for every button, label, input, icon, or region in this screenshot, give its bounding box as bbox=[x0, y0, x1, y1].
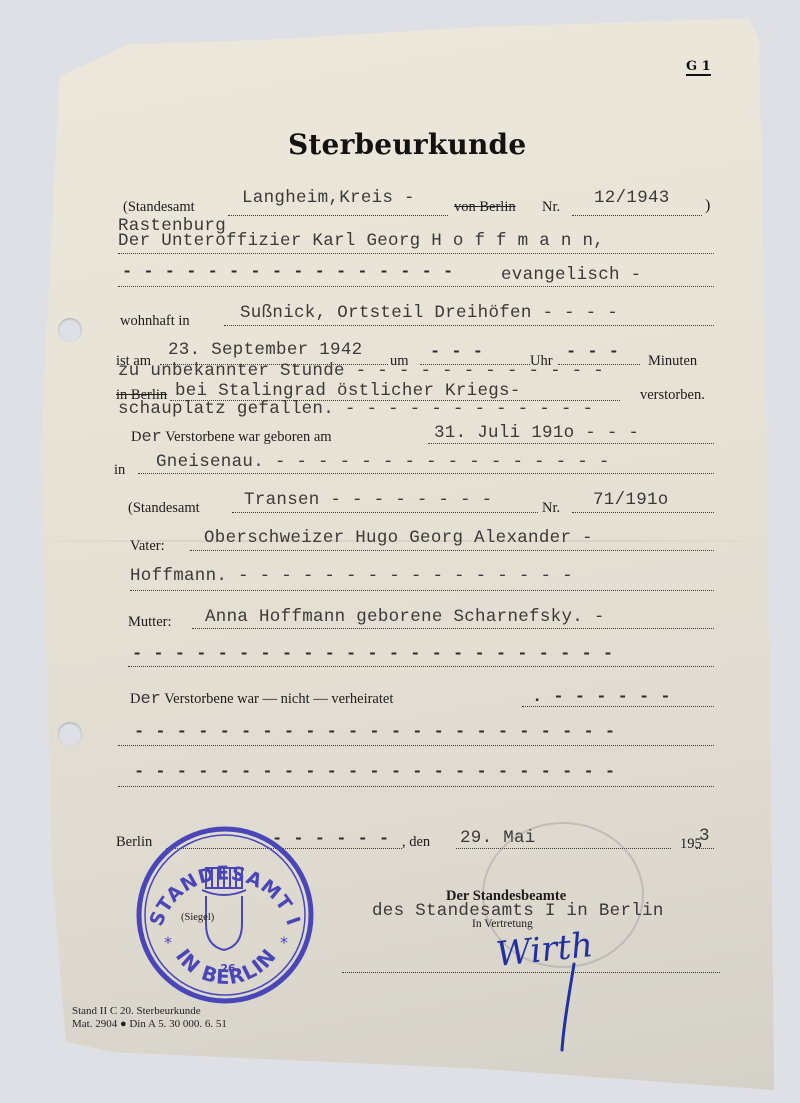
registry-value: Langheim,Kreis - bbox=[242, 188, 415, 208]
footer-line2: Mat. 2904 ● Din A 5. 30 000. 6. 51 bbox=[72, 1018, 227, 1030]
marital-line2: - - - - - - - - - - - - - - - - - - - - … bbox=[134, 723, 616, 742]
minuten-label: Minuten bbox=[648, 353, 697, 370]
svg-text:*: * bbox=[280, 933, 288, 952]
form-code: G 1 bbox=[686, 60, 711, 76]
deceased-name: Der Unteroffizier Karl Georg H o f f m a… bbox=[118, 231, 604, 251]
punch-hole-bottom bbox=[58, 722, 82, 746]
marital-suffix: er bbox=[140, 690, 160, 709]
death-place: bei Stalingrad östlicher Kriegs- bbox=[175, 381, 521, 401]
birth-registry-label: (Standesamt bbox=[128, 500, 200, 517]
birth-date: 31. Juli 191o - - - bbox=[434, 423, 639, 443]
marital-label: Verstorbene war — nicht — verheiratet bbox=[164, 691, 393, 707]
signature-tail bbox=[552, 960, 582, 1055]
died-label: verstorben. bbox=[640, 387, 705, 404]
gender-suffix: er bbox=[141, 428, 161, 447]
den-label: , den bbox=[402, 834, 430, 851]
father-value-line2: Hoffmann. - - - - - - - - - - - - - - - … bbox=[130, 566, 573, 586]
time-note: zu unbekannter Stunde - - - - - - - - - … bbox=[118, 361, 604, 381]
father-value: Oberschweizer Hugo Georg Alexander - bbox=[204, 528, 593, 548]
footer-line1: Stand II C 20. Sterbeurkunde bbox=[72, 1005, 201, 1017]
marital-line3: - - - - - - - - - - - - - - - - - - - - … bbox=[134, 763, 616, 782]
registry-struck: von Berlin bbox=[454, 199, 516, 216]
religion-dashes: - - - - - - - - - - - - - - - - bbox=[122, 263, 454, 282]
document-title: Sterbeurkunde bbox=[288, 128, 526, 161]
minute-value: - - - bbox=[566, 343, 620, 362]
deputy-label: In Vertretung bbox=[472, 918, 533, 930]
residence-value: Sußnick, Ortsteil Dreihöfen - - - - bbox=[240, 303, 618, 323]
registry-nr-label: Nr. bbox=[542, 199, 560, 216]
seal-label: (Siegel) bbox=[181, 912, 214, 923]
father-label: Vater: bbox=[130, 538, 165, 555]
birth-place-label: in bbox=[114, 462, 125, 479]
marital-prefix: Der Verstorbene war — nicht — verheirate… bbox=[130, 690, 393, 709]
close-paren: ) bbox=[705, 197, 710, 215]
death-date: 23. September 1942 bbox=[168, 340, 362, 360]
birth-prefix: Der Verstorbene war geboren am bbox=[131, 428, 332, 447]
registry-label: (Standesamt bbox=[123, 199, 195, 216]
punch-hole-top bbox=[58, 318, 82, 342]
mother-value: Anna Hoffmann geborene Scharnefsky. - bbox=[205, 607, 605, 627]
death-place-line2: schauplatz gefallen. - - - - - - - - - -… bbox=[118, 399, 593, 419]
hour-value: - - - bbox=[430, 343, 484, 362]
birth-nr: 71/191o bbox=[593, 490, 669, 510]
stamp-number: 26 bbox=[220, 962, 236, 975]
mother-value-line2: - - - - - - - - - - - - - - - - - - - - … bbox=[132, 645, 614, 664]
registry-nr: 12/1943 bbox=[594, 188, 670, 208]
residence-label: wohnhaft in bbox=[120, 313, 190, 330]
religion-value: evangelisch - bbox=[501, 265, 641, 285]
year-suffix: 3 bbox=[699, 826, 710, 846]
birth-place: Gneisenau. - - - - - - - - - - - - - - -… bbox=[156, 452, 610, 472]
mother-label: Mutter: bbox=[128, 614, 172, 631]
birth-registry-value: Transen - - - - - - - - bbox=[244, 490, 492, 510]
birth-label: Verstorbene war geboren am bbox=[165, 429, 331, 445]
marital-value: . - - - - - - bbox=[532, 688, 671, 707]
svg-text:*: * bbox=[164, 933, 172, 952]
birth-nr-label: Nr. bbox=[542, 500, 560, 517]
official-stamp: STANDESAMT I IN BERLIN * * 26 bbox=[134, 824, 316, 1006]
